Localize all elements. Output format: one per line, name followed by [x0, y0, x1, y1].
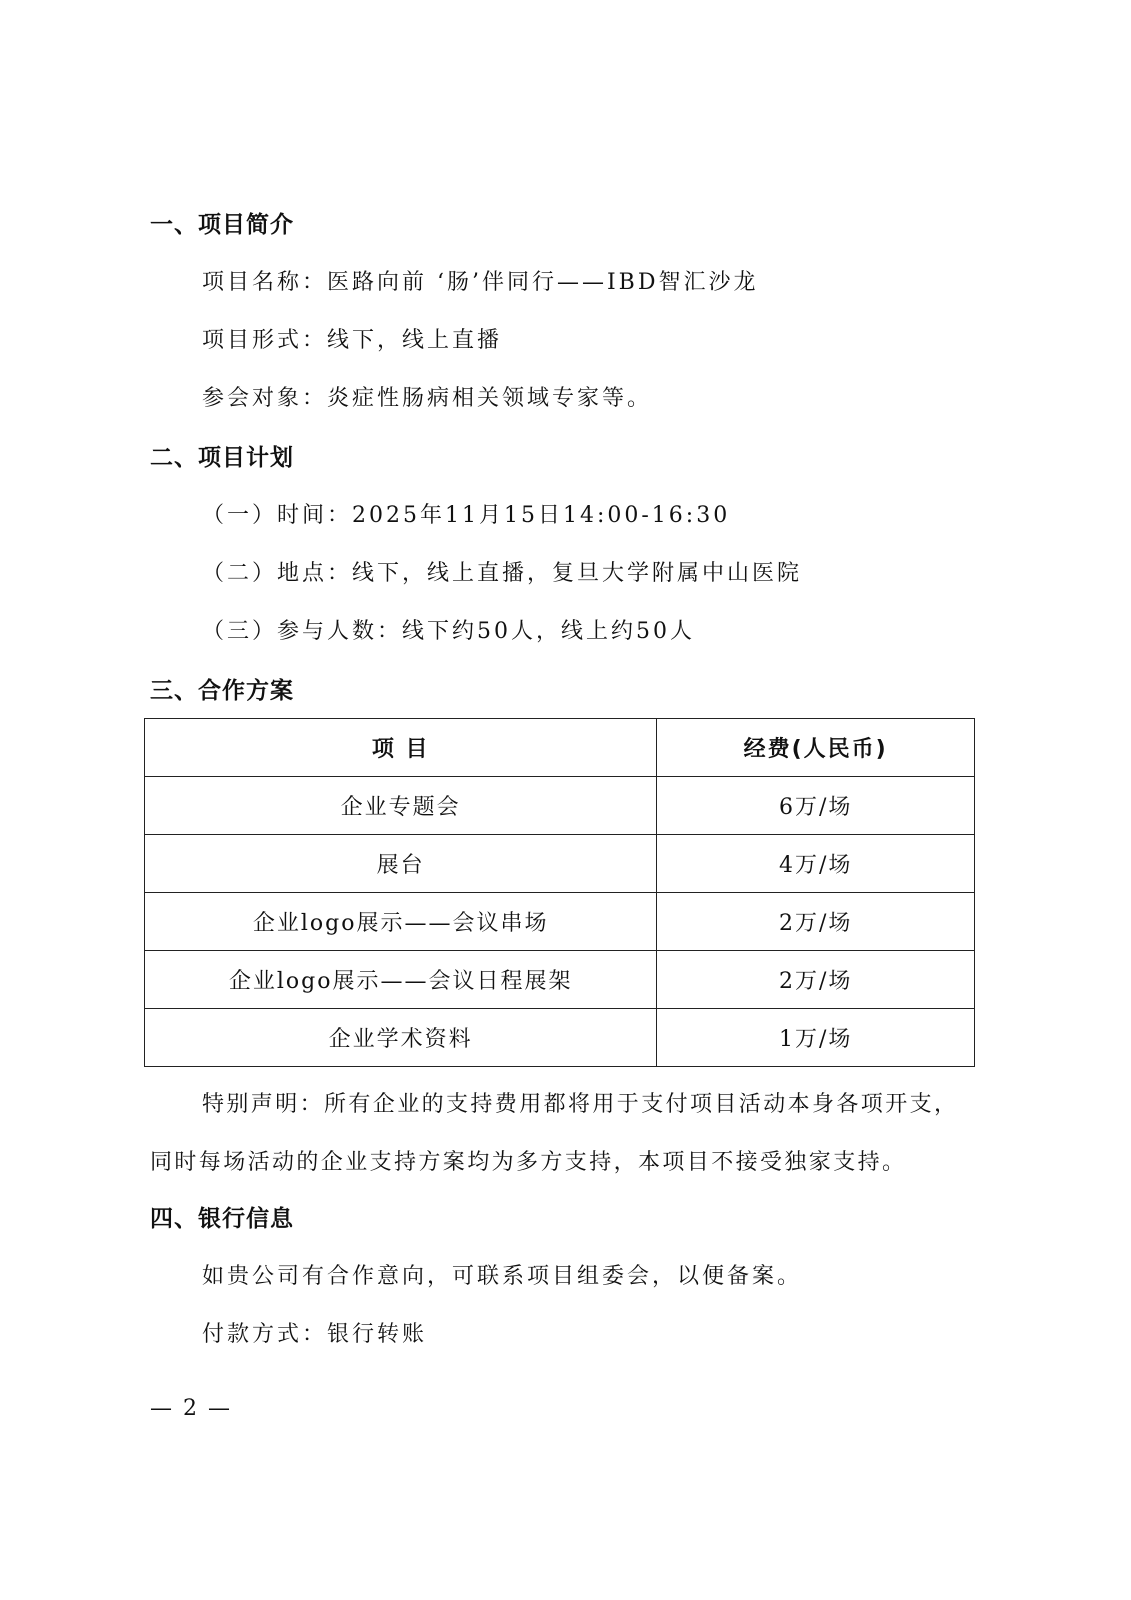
table-row: 展台 4万/场 [145, 835, 975, 893]
section-heading-intro: 一、项目简介 [150, 210, 294, 240]
special-statement-line-1: 特别声明：所有企业的支持费用都将用于支付项目活动本身各项开支， [150, 1076, 980, 1134]
cost-cell: 1万/场 [657, 1009, 975, 1067]
document-page: 一、项目简介 项目名称：医路向前 ‘肠’伴同行——IBD智汇沙龙 项目形式：线下… [0, 0, 1131, 1600]
section-heading-cooperation: 三、合作方案 [150, 676, 294, 706]
table-header-row: 项 目 经费(人民币) [145, 719, 975, 777]
bank-contact-note: 如贵公司有合作意向，可联系项目组委会，以便备案。 [202, 1262, 802, 1292]
special-statement-line-2: 同时每场活动的企业支持方案均为多方支持，本项目不接受独家支持。 [150, 1134, 980, 1192]
table-row: 企业logo展示——会议日程展架 2万/场 [145, 951, 975, 1009]
cost-cell: 4万/场 [657, 835, 975, 893]
special-statement: 特别声明：所有企业的支持费用都将用于支付项目活动本身各项开支， 同时每场活动的企… [150, 1076, 980, 1192]
payment-method: 付款方式：银行转账 [202, 1320, 427, 1350]
item-cell: 企业logo展示——会议串场 [145, 893, 657, 951]
plan-attendance: （三）参与人数：线下约50人，线上约50人 [202, 617, 695, 647]
plan-time: （一）时间：2025年11月15日14:00-16:30 [202, 501, 730, 531]
cooperation-table: 项 目 经费(人民币) 企业专题会 6万/场 展台 4万/场 企业logo展示—… [144, 718, 975, 1067]
item-cell: 企业学术资料 [145, 1009, 657, 1067]
cost-cell: 2万/场 [657, 951, 975, 1009]
project-name: 项目名称：医路向前 ‘肠’伴同行——IBD智汇沙龙 [202, 268, 758, 298]
project-audience: 参会对象：炎症性肠病相关领域专家等。 [202, 384, 652, 414]
section-heading-plan: 二、项目计划 [150, 443, 294, 473]
header-item: 项 目 [145, 719, 657, 777]
table-row: 企业专题会 6万/场 [145, 777, 975, 835]
item-cell: 企业logo展示——会议日程展架 [145, 951, 657, 1009]
project-format: 项目形式：线下，线上直播 [202, 326, 502, 356]
cost-cell: 6万/场 [657, 777, 975, 835]
plan-location: （二）地点：线下，线上直播，复旦大学附属中山医院 [202, 559, 802, 589]
section-heading-bank: 四、银行信息 [150, 1204, 294, 1234]
page-number: — 2 — [150, 1396, 232, 1421]
cost-cell: 2万/场 [657, 893, 975, 951]
table-row: 企业logo展示——会议串场 2万/场 [145, 893, 975, 951]
item-cell: 企业专题会 [145, 777, 657, 835]
item-cell: 展台 [145, 835, 657, 893]
header-cost: 经费(人民币) [657, 719, 975, 777]
table-row: 企业学术资料 1万/场 [145, 1009, 975, 1067]
